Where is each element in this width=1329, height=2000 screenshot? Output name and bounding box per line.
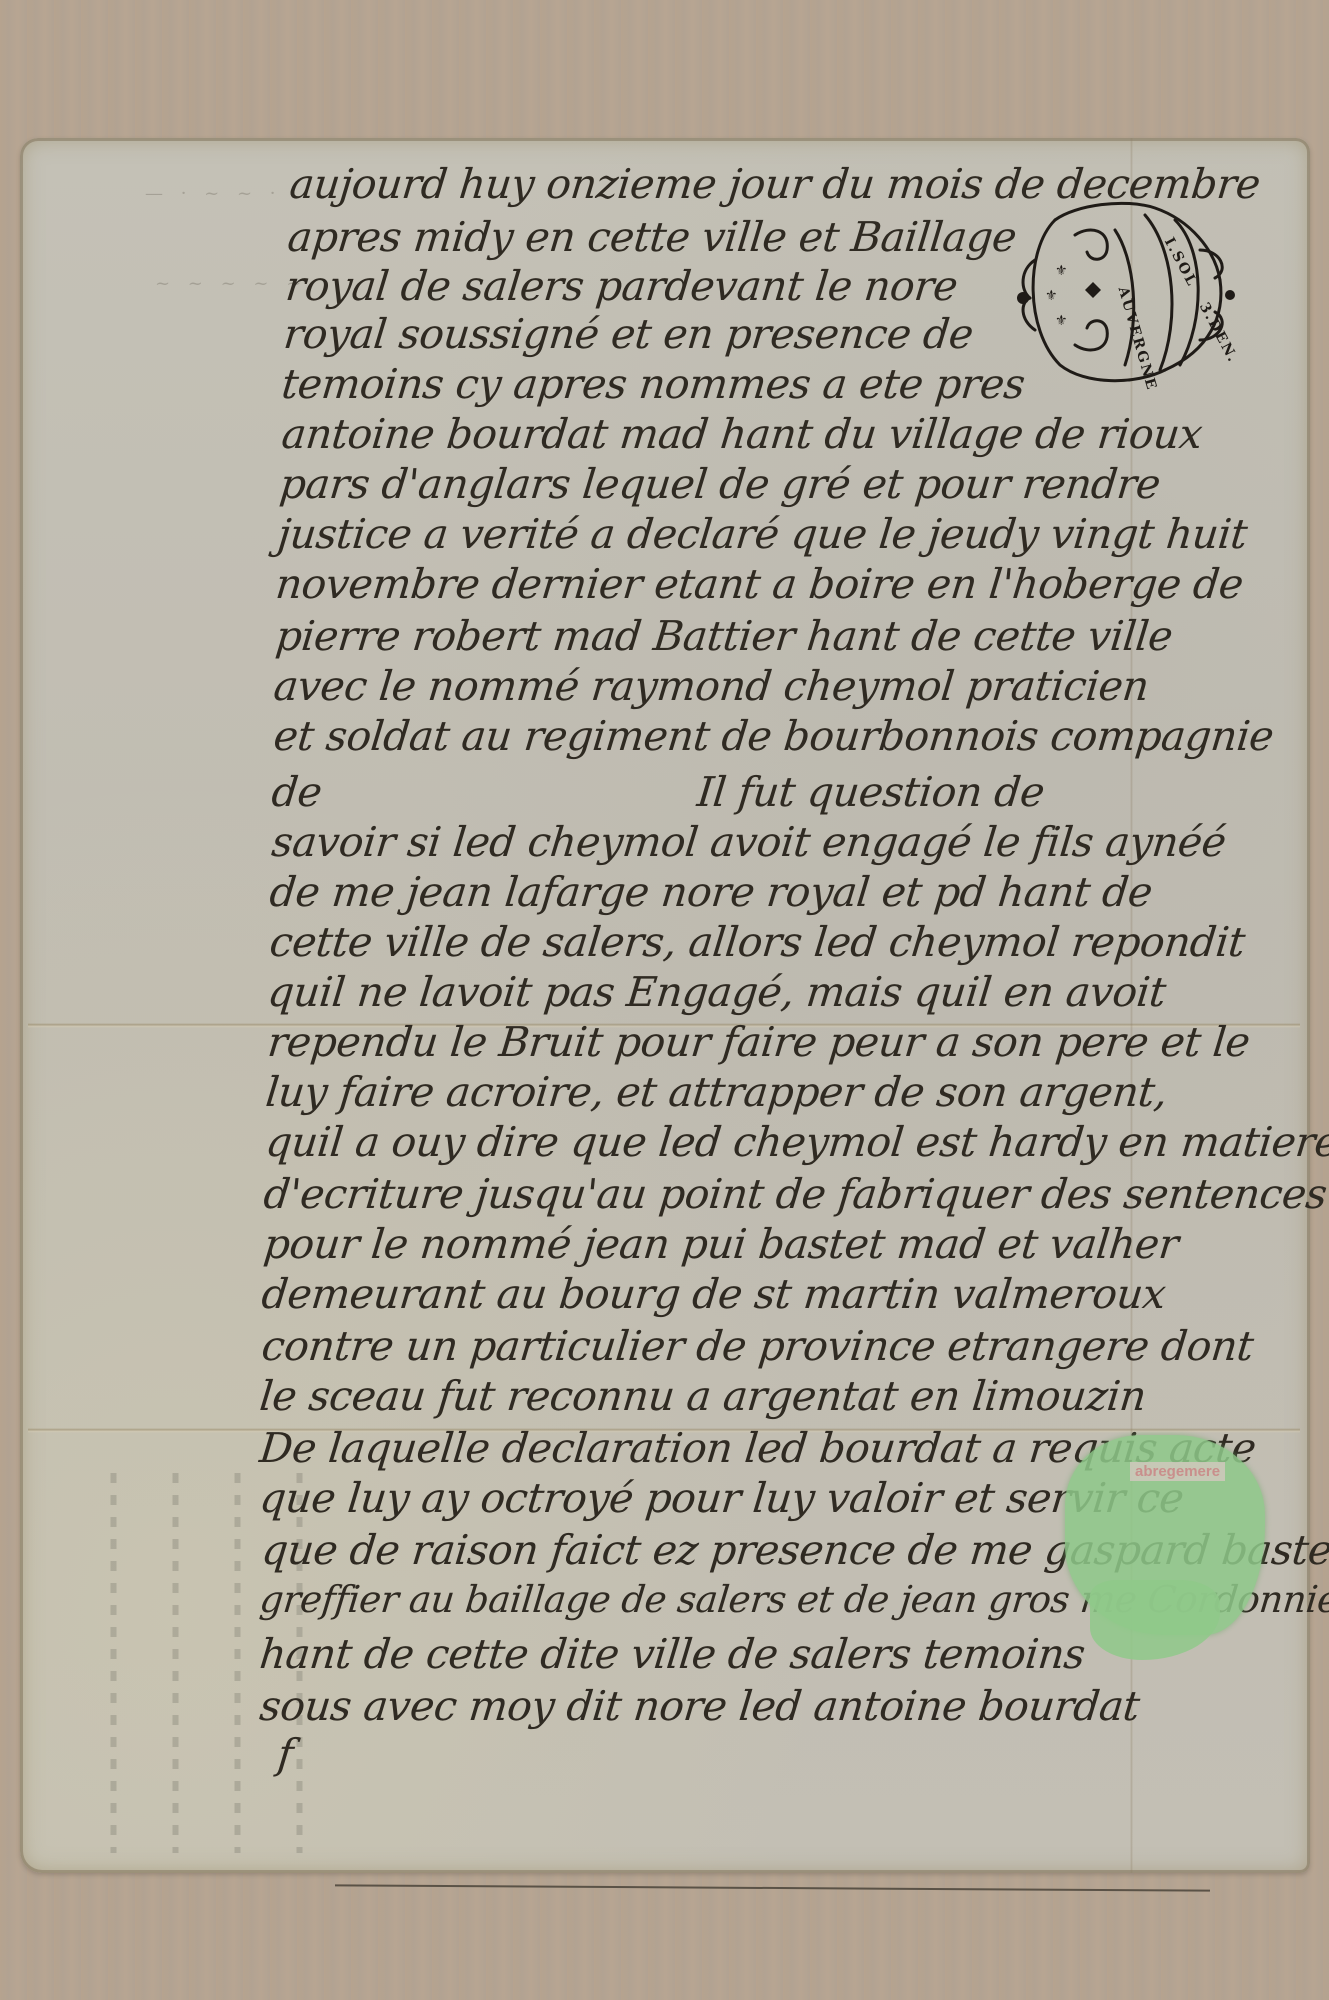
text-line: pars d'anglars lequel de gré et pour ren… [277,460,1162,508]
text-line: royal soussigné et en presence de [281,310,975,358]
watermark-label: abregemere [1130,1462,1225,1481]
text-line: que luy ay octroyé pour luy valoir et se… [257,1474,1185,1522]
text-line: luy faire acroire, et attrapper de son a… [263,1068,1169,1116]
text-line: avec le nommé raymond cheymol praticien [271,662,1151,710]
text-line: savoir si led cheymol avoit engagé le fi… [269,818,1228,866]
text-line: de me jean lafarge nore royal et pd hant… [267,868,1154,916]
svg-text:⚜: ⚜ [1055,313,1068,329]
text-line: quil a ouy dire que led cheymol est hard… [263,1118,1329,1166]
text-line: sous avec moy dit nore led antoine bourd… [257,1682,1141,1730]
text-line: novembre dernier etant a boire en l'hobe… [273,560,1245,608]
text-line: le sceau fut reconnu a argentat en limou… [257,1372,1148,1420]
text-line: d'ecriture jusqu'au point de fabriquer d… [261,1170,1329,1218]
text-line: quil ne lavoit pas Engagé, mais quil en … [265,968,1168,1016]
text-line: justice a verité a declaré que le jeudy … [275,510,1249,558]
text-line: demeurant au bourg de st martin valmerou… [259,1270,1167,1318]
text-line: royal de salers pardevant le nore [283,262,959,310]
text-line: de Il fut question de [269,768,1046,816]
svg-text:⚜: ⚜ [1055,263,1068,279]
text-line: pour le nommé jean pui bastet mad et val… [261,1220,1180,1268]
tax-stamp: ⚜ ⚜ ⚜ AUVERGNE I.SOL 3.DEN. [1015,190,1240,390]
text-line: cette ville de salers, allors led cheymo… [267,918,1247,966]
text-line: pierre robert mad Battier hant de cette … [273,612,1174,660]
svg-text:⚜: ⚜ [1045,288,1058,304]
text-line: hant de cette dite ville de salers temoi… [257,1630,1087,1678]
text-line: rependu le Bruit pour faire peur a son p… [265,1018,1252,1066]
closing-rule [335,1884,1210,1891]
text-line: apres midy en cette ville et Baillage [285,213,1018,261]
text-line: contre un particulier de province etrang… [259,1322,1255,1370]
bleed-through-text: — · ~ ~ · [145,183,282,204]
text-line: et soldat au regiment de bourbonnois com… [271,712,1275,760]
text-line: antoine bourdat mad hant du village de r… [279,410,1204,458]
text-line: temoins cy apres nommes a ete pres [279,360,1027,408]
